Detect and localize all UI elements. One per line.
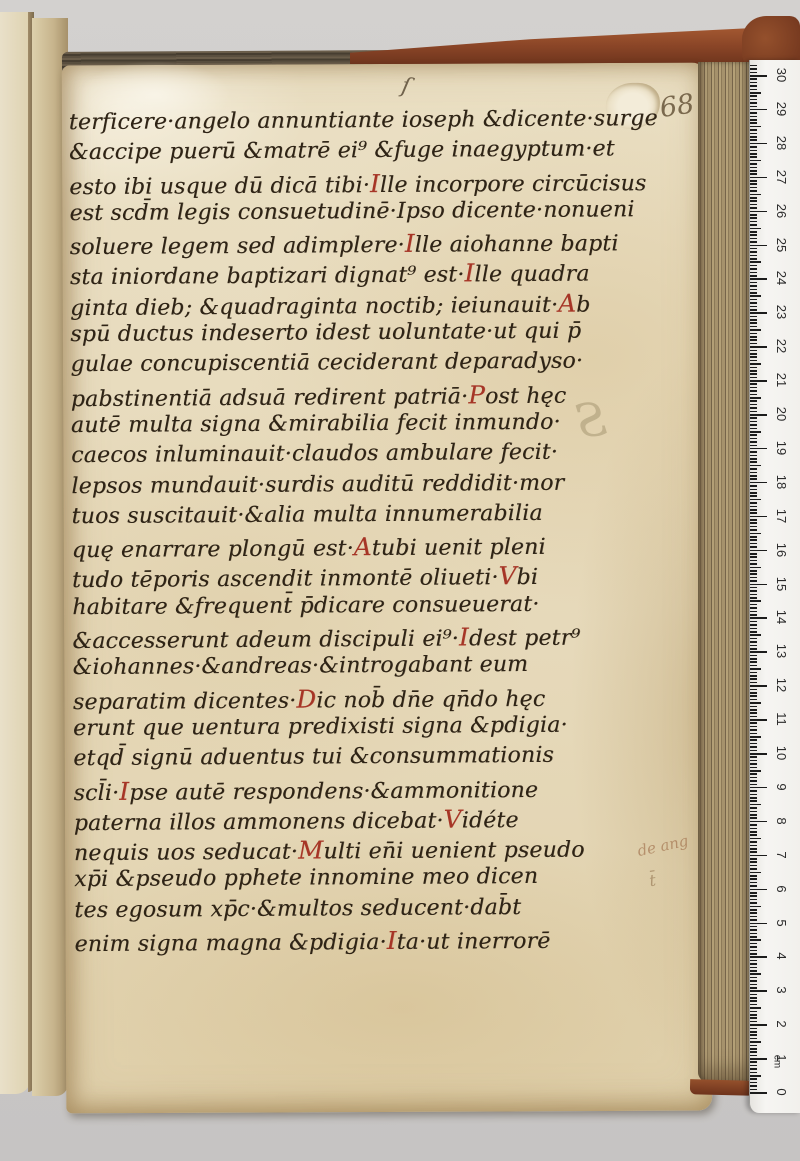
ruler-tick — [750, 1092, 767, 1094]
ruler-tick — [750, 722, 757, 724]
ink-showthrough-letter: S — [572, 392, 609, 449]
ruler-tick — [750, 265, 757, 267]
ruler-tick — [750, 272, 757, 274]
ruler-tick — [750, 885, 757, 887]
manuscript-line: soluere legem sed adimplere·Ille aiohann… — [70, 227, 684, 262]
ruler-tick — [750, 1045, 757, 1047]
ruler-tick — [750, 994, 757, 996]
ruler-tick — [750, 553, 757, 555]
ruler-tick — [750, 170, 757, 172]
ruler-tick — [750, 258, 757, 260]
ruler-tick — [750, 556, 757, 558]
manuscript-line: &accipe puerū &matrē ei⁹ &fuge inaegyptu… — [69, 136, 683, 171]
ruler-tick — [750, 838, 761, 840]
ruler-tick — [750, 631, 757, 633]
text-segment: &iohannes·&andreas·&introgabant eum — [73, 652, 529, 680]
ruler-tick — [750, 577, 757, 579]
ruler-tick — [750, 872, 761, 874]
ruler-tick — [750, 689, 757, 691]
text-segment: erunt que uentura predixisti signa &pdig… — [73, 713, 568, 741]
text-segment: ic nob̄ dn̄e qn̄do hęc — [316, 687, 545, 714]
ruler-tick — [750, 329, 761, 331]
ruler-number: 4 — [773, 945, 789, 967]
ruler-tick — [750, 400, 757, 402]
ruler-tick — [750, 516, 767, 518]
ruler-tick — [750, 895, 757, 897]
ruler-tick — [750, 943, 757, 945]
ruler-tick — [750, 889, 767, 891]
ruler-tick — [750, 973, 761, 975]
ruler-tick — [750, 387, 757, 389]
ruler-number: 9 — [773, 776, 789, 798]
ruler-tick — [750, 645, 757, 647]
ruler-tick — [750, 794, 757, 796]
manuscript-line: esto ibi usque dū dicā tibi·Ille incorpo… — [69, 166, 683, 201]
text-segment: esto ibi usque dū dicā tibi· — [69, 173, 370, 200]
ruler-tick — [750, 499, 761, 501]
ruler-tick — [750, 726, 757, 728]
ruler-number: 0 — [773, 1081, 789, 1103]
ruler-tick — [750, 238, 757, 240]
manuscript-line: tes egosum xp̄c·&multos seducent·dab̄t — [74, 894, 688, 929]
text-segment: scl̄i· — [73, 780, 119, 805]
ruler-tick — [750, 122, 757, 124]
ruler-tick — [750, 112, 757, 114]
ruler-tick — [750, 519, 757, 521]
ruler-tick — [750, 828, 757, 830]
ruler-tick — [750, 672, 757, 674]
ruler-tick — [750, 522, 757, 524]
ruler-tick — [750, 1034, 757, 1036]
ruler-number: 25 — [773, 234, 789, 256]
ruler-number: 7 — [773, 844, 789, 866]
ruler-tick — [750, 343, 757, 345]
ruler-tick — [750, 682, 757, 684]
ruler-tick — [750, 563, 757, 565]
text-segment: b — [576, 292, 590, 317]
ruler-tick — [750, 1028, 757, 1030]
ruler-tick — [750, 455, 757, 457]
text-segment: lle incorpore circūcisus — [380, 171, 647, 198]
ruler-tick — [750, 760, 757, 762]
ruler-number: 23 — [773, 301, 789, 323]
ruler-tick — [750, 733, 757, 735]
ruler-tick — [750, 926, 757, 928]
ruler-tick — [750, 773, 757, 775]
text-segment: sta iniordane baptizari dignat⁹ est· — [70, 263, 465, 291]
ruler-tick — [750, 777, 757, 779]
ruler-tick — [750, 665, 757, 667]
ruler-tick — [750, 980, 757, 982]
ruler-tick — [750, 770, 761, 772]
ruler-number: 13 — [773, 640, 789, 662]
text-segment: ta·ut inerrorē — [397, 929, 551, 955]
rubric-initial: I — [370, 169, 380, 198]
facing-page-edge — [0, 12, 30, 1094]
ruler-tick — [750, 153, 757, 155]
ruler-tick — [750, 811, 757, 813]
quire-mark: ſ — [399, 73, 412, 99]
ruler-tick — [750, 546, 757, 548]
text-segment: xp̄i &pseudo pphete innomine meo dicen — [74, 864, 538, 892]
ruler-tick — [750, 617, 767, 619]
ruler-tick — [750, 180, 757, 182]
ruler-tick — [750, 668, 761, 670]
text-segment: lepsos mundauit·surdis auditū reddidit·m… — [71, 470, 564, 498]
ruler-tick — [750, 1011, 757, 1013]
ruler-tick — [750, 756, 757, 758]
ruler-tick — [750, 204, 757, 206]
ruler-tick — [750, 536, 757, 538]
ruler-tick — [750, 245, 767, 247]
ruler-tick — [750, 404, 757, 406]
ruler-tick — [750, 119, 757, 121]
ruler-tick — [750, 302, 757, 304]
ruler-tick — [750, 655, 757, 657]
ruler-tick — [750, 746, 757, 748]
rubric-initial: A — [354, 532, 372, 561]
ruler-tick — [750, 319, 757, 321]
ruler-tick — [750, 146, 757, 148]
ruler-tick — [750, 960, 757, 962]
ruler-tick — [750, 278, 767, 280]
ruler-tick — [750, 909, 757, 911]
ruler-number: 28 — [773, 132, 789, 154]
ruler-tick — [750, 899, 757, 901]
ruler-tick — [750, 129, 757, 131]
ruler-number: 6 — [773, 878, 789, 900]
ruler-tick — [750, 729, 757, 731]
ruler-tick — [750, 380, 767, 382]
ruler-tick — [750, 285, 757, 287]
text-segment: ulti en̄i uenient pseudo — [323, 838, 584, 865]
ruler-tick — [750, 984, 757, 986]
ruler-tick — [750, 346, 767, 348]
ruler-tick — [750, 834, 757, 836]
text-segment: separatim dicentes· — [73, 688, 297, 715]
ruler-tick — [750, 692, 757, 694]
rubric-initial: P — [468, 380, 485, 409]
ruler-tick — [750, 526, 757, 528]
ruler-tick — [750, 1038, 757, 1040]
ruler-tick — [750, 634, 761, 636]
ruler-tick — [750, 878, 757, 880]
ruler-tick — [750, 350, 757, 352]
ruler-tick — [750, 543, 757, 545]
manuscript-line: scl̄i·Ipse autē respondens·&ammonitione — [73, 772, 687, 807]
ruler-tick — [750, 1082, 757, 1084]
ruler-tick — [750, 200, 757, 202]
text-segment: terficere·angelo annuntiante ioseph &dic… — [69, 106, 658, 135]
text-segment: est scd̄m legis consuetudinē·Ipso dicent… — [69, 197, 634, 226]
text-segment: pabstinentiā adsuā redirent patriā· — [71, 384, 469, 412]
ruler-tick — [750, 1061, 757, 1063]
ruler-tick — [750, 848, 757, 850]
ruler-tick — [750, 841, 757, 843]
ruler-tick — [750, 78, 757, 80]
ruler-tick — [750, 106, 757, 108]
rubric-initial: I — [387, 926, 397, 955]
ruler-number: 16 — [773, 539, 789, 561]
ruler-tick — [750, 156, 757, 158]
ruler-tick — [750, 411, 757, 413]
ruler-tick — [750, 126, 761, 128]
ruler-tick — [750, 1017, 757, 1019]
ruler-tick — [750, 390, 757, 392]
ruler-tick — [750, 750, 757, 752]
ruler-tick — [750, 651, 767, 653]
ruler-tick — [750, 923, 767, 925]
text-segment: caecos inluminauit·claudos ambulare feci… — [71, 440, 558, 468]
ruler-tick — [750, 434, 757, 436]
ruler-tick — [750, 963, 757, 965]
ruler-tick — [750, 207, 757, 209]
text-segment: gulae concupiscentiā ceciderant deparady… — [70, 349, 583, 378]
ruler-tick — [750, 282, 757, 284]
ruler-tick — [750, 987, 757, 989]
ruler-tick — [750, 861, 757, 863]
ruler-tick — [750, 1021, 757, 1023]
manuscript-line: quę enarrare plongū est·Atubi uenit plen… — [72, 530, 686, 565]
ruler-number: 24 — [773, 267, 789, 289]
ruler-tick — [750, 275, 757, 277]
ruler-number: 11 — [773, 708, 789, 730]
ruler-number: 3 — [773, 979, 789, 1001]
ruler-tick — [750, 468, 757, 470]
ruler-tick — [750, 221, 757, 223]
ruler-tick — [750, 190, 757, 192]
text-segment: dest petr⁹ — [469, 626, 581, 652]
ruler-tick — [750, 817, 757, 819]
text-segment: tuos suscitauit·&alia multa innumerabili… — [72, 501, 543, 529]
ruler-tick — [750, 638, 757, 640]
ruler-tick — [750, 482, 767, 484]
ruler-tick — [750, 445, 757, 447]
ruler-tick — [750, 309, 757, 311]
ruler-tick — [750, 173, 757, 175]
ruler-tick — [750, 506, 757, 508]
text-segment: tes egosum xp̄c·&multos seducent·dab̄t — [74, 895, 521, 923]
ruler-tick — [750, 295, 761, 297]
ruler-tick — [750, 855, 767, 857]
ruler-tick — [750, 658, 757, 660]
ruler-tick — [750, 1065, 757, 1067]
ruler-tick — [750, 339, 757, 341]
ruler-tick — [750, 85, 757, 87]
fore-edge-pages — [698, 62, 752, 1082]
ruler-number: 8 — [773, 810, 789, 832]
ruler-tick — [750, 377, 757, 379]
text-segment: bi — [517, 565, 539, 590]
ruler-tick — [750, 370, 757, 372]
ruler-tick — [750, 136, 757, 138]
ruler-tick — [750, 767, 757, 769]
ruler-tick — [750, 678, 757, 680]
ruler-number: 15 — [773, 573, 789, 595]
ruler-tick — [750, 306, 757, 308]
ruler-tick — [750, 292, 757, 294]
ruler-tick — [750, 675, 757, 677]
ruler-tick — [750, 360, 757, 362]
ruler-tick — [750, 1058, 767, 1060]
ruler-tick — [750, 326, 757, 328]
ruler-tick — [750, 75, 767, 77]
ruler-number: 12 — [773, 674, 789, 696]
ruler-tick — [750, 461, 757, 463]
ruler-number: 29 — [773, 98, 789, 120]
ruler-tick — [750, 868, 757, 870]
manuscript-line: nequis uos seducat·Multi en̄i uenient ps… — [74, 833, 688, 868]
ruler-tick — [750, 95, 757, 97]
ruler: cm 0123456789101112131415161718192021222… — [749, 60, 800, 1113]
ruler-tick — [750, 604, 757, 606]
ruler-tick — [750, 353, 757, 355]
rubric-initial: M — [298, 836, 324, 865]
text-segment: lle quadra — [474, 262, 589, 288]
ruler-tick — [750, 821, 767, 823]
ruler-tick — [750, 160, 761, 162]
ruler-tick — [750, 706, 757, 708]
ruler-tick — [750, 550, 767, 552]
ruler-tick — [750, 597, 757, 599]
ruler-tick — [750, 183, 757, 185]
ruler-tick — [750, 438, 757, 440]
ruler-tick — [750, 211, 767, 213]
ruler-tick — [750, 143, 767, 145]
ruler-tick — [750, 231, 757, 233]
manuscript-line: gulae concupiscentiā ceciderant deparady… — [70, 348, 684, 383]
ruler-tick — [750, 661, 757, 663]
text-segment: spū ductus indeserto idest uoluntate·ut … — [70, 319, 581, 348]
ruler-tick — [750, 367, 757, 369]
ruler-tick — [750, 739, 757, 741]
manuscript-line: tudo tēporis ascendit inmontē oliueti·Vb… — [72, 560, 686, 595]
ruler-tick — [750, 363, 761, 365]
text-segment: pse autē respondens·&ammonitione — [129, 777, 538, 805]
ruler-tick — [750, 580, 757, 582]
ruler-tick — [750, 685, 767, 687]
ruler-tick — [750, 251, 757, 253]
ruler-tick — [750, 712, 757, 714]
ruler-tick — [750, 912, 757, 914]
manuscript-line: erunt que uentura predixisti signa &pdig… — [73, 712, 687, 747]
ruler-tick — [750, 570, 757, 572]
ruler-tick — [750, 1031, 757, 1033]
ruler-tick — [750, 299, 757, 301]
text-segment: ost hęc — [485, 383, 566, 409]
rubric-initial: I — [405, 229, 415, 258]
ruler-tick — [750, 845, 757, 847]
ruler-tick — [750, 228, 761, 230]
ruler-tick — [750, 1085, 757, 1087]
ruler-tick — [750, 929, 757, 931]
text-segment: &accesserunt adeum discipuli ei⁹· — [72, 627, 459, 655]
text-segment: autē multa signa &mirabilia fecit inmund… — [71, 410, 561, 438]
ruler-tick — [750, 939, 761, 941]
ruler-number: 21 — [773, 369, 789, 391]
ruler-tick — [750, 753, 767, 755]
ruler-tick — [750, 560, 757, 562]
text-segment: soluere legem sed adimplere· — [70, 233, 405, 260]
ruler-tick — [750, 787, 767, 789]
ruler-tick — [750, 72, 757, 74]
ruler-tick — [750, 607, 757, 609]
ruler-tick — [750, 502, 757, 504]
ruler-tick — [750, 1048, 757, 1050]
ruler-tick — [750, 1089, 757, 1091]
ruler-tick — [750, 956, 767, 958]
ruler-tick — [750, 587, 757, 589]
ruler-tick — [750, 261, 761, 263]
ruler-tick — [750, 916, 757, 918]
ruler-tick — [750, 1041, 761, 1043]
rubric-initial: V — [444, 804, 462, 833]
ruler-tick — [750, 133, 757, 135]
ruler-tick — [750, 628, 757, 630]
ruler-tick — [750, 600, 761, 602]
ruler-tick — [750, 441, 757, 443]
ruler-tick — [750, 800, 757, 802]
ruler-tick — [750, 933, 757, 935]
ruler-tick — [750, 539, 757, 541]
ruler-tick — [750, 407, 757, 409]
ruler-tick — [750, 1007, 761, 1009]
text-segment: tudo tēporis ascendit inmontē oliueti· — [72, 566, 499, 594]
text-segment: nequis uos seducat· — [74, 840, 298, 867]
ruler-tick — [750, 1072, 757, 1074]
ruler-tick — [750, 590, 757, 592]
text-segment: enim signa magna &pdigia· — [75, 930, 387, 957]
ruler-tick — [750, 424, 757, 426]
ruler-tick — [750, 919, 757, 921]
ruler-tick — [750, 977, 757, 979]
ruler-tick — [750, 997, 757, 999]
ruler-tick — [750, 594, 757, 596]
ruler-tick — [750, 699, 757, 701]
ruler-tick — [750, 312, 767, 314]
ruler-tick — [750, 573, 757, 575]
rubric-initial: D — [296, 684, 316, 713]
text-block: terficere·angelo annuntiante ioseph &dic… — [69, 106, 689, 959]
ruler-tick — [750, 241, 757, 243]
manuscript-line: tuos suscitauit·&alia multa innumerabili… — [72, 500, 686, 535]
ruler-tick — [750, 584, 767, 586]
manuscript-page: ſ 68 terficere·angelo annuntiante ioseph… — [62, 63, 713, 1114]
ruler-number: 27 — [773, 166, 789, 188]
ruler-tick — [750, 1024, 767, 1026]
ruler-tick — [750, 1068, 757, 1070]
ruler-tick — [750, 851, 757, 853]
manuscript-line: &iohannes·&andreas·&introgabant eum — [73, 651, 687, 686]
ruler-tick — [750, 902, 757, 904]
ruler-number: 22 — [773, 335, 789, 357]
ruler-tick — [750, 177, 767, 179]
manuscript-line: terficere·angelo annuntiante ioseph &dic… — [69, 106, 683, 141]
ruler-tick — [750, 807, 757, 809]
ruler-tick — [750, 529, 757, 531]
ruler-tick — [750, 214, 757, 216]
manuscript-line: &accesserunt adeum discipuli ei⁹·Idest p… — [72, 621, 686, 656]
text-segment: habitare &frequent̄ p̄dicare consueuerat… — [72, 592, 539, 620]
ruler-tick — [750, 797, 757, 799]
ruler-tick — [750, 139, 757, 141]
ruler-tick — [750, 990, 767, 992]
ruler-tick — [750, 967, 757, 969]
ruler-number: 2 — [773, 1013, 789, 1035]
ruler-tick — [750, 489, 757, 491]
ruler-tick — [750, 1078, 757, 1080]
ruler-tick — [750, 234, 757, 236]
